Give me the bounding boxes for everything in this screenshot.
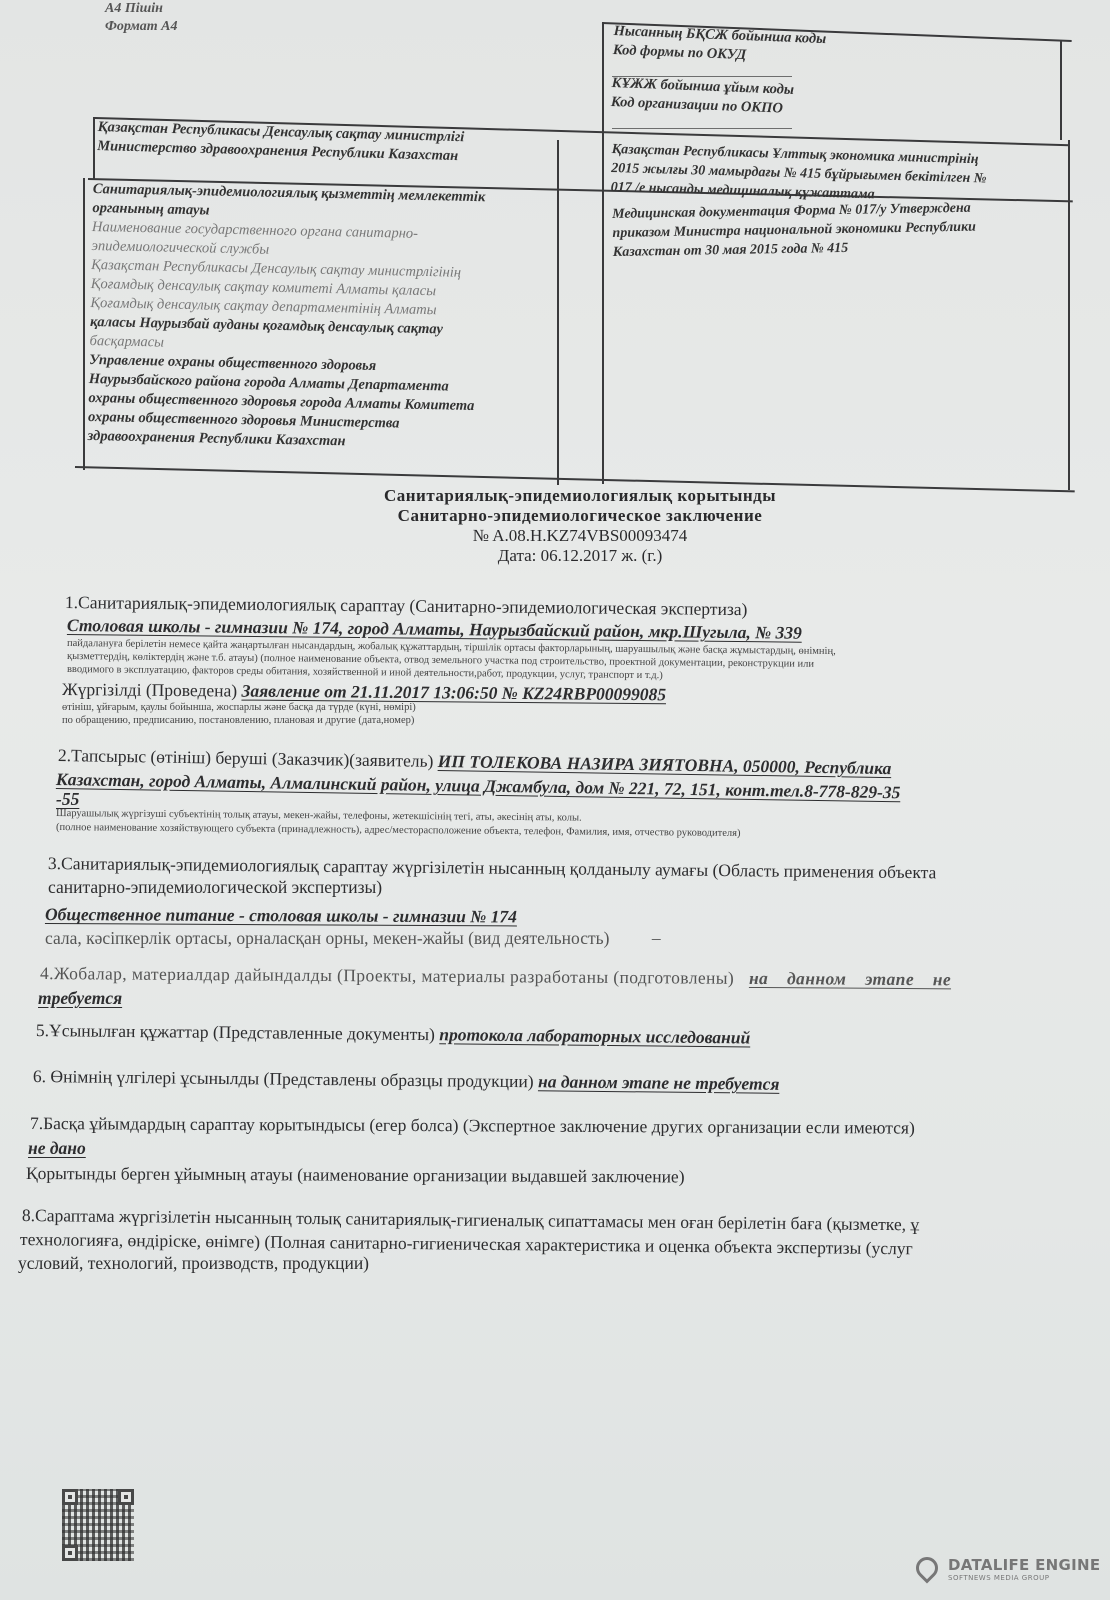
watermark-name: DATALIFE ENGINE: [948, 1556, 1100, 1574]
conclusion-number: № A.08.H.KZ74VBS00093474: [0, 526, 1110, 546]
section-6-row: 6. Өнімнің үлгілері ұсынылды (Представле…: [33, 1065, 780, 1095]
section-3-label: санитарно-эпидемиологической экспертизы): [48, 876, 382, 898]
title-ru: Санитарно-эпидемиологическое заключение: [0, 506, 1110, 526]
section-3-dash: –: [652, 928, 661, 948]
section-6-value: на данном этапе не требуется: [538, 1071, 780, 1094]
section-7-value: не дано: [28, 1137, 86, 1159]
section-8-label: условий, технологий, производств, продук…: [18, 1252, 369, 1274]
order-ru-cell: Медицинская документация Форма № 017/у У…: [612, 199, 976, 262]
section-3-hint-row: сала, кәсіпкерлік ортасы, орналасқан орн…: [45, 927, 661, 949]
okud-okpo-cell: Нысанның БҚСЖ бойынша коды Код формы по …: [611, 22, 827, 120]
section-2-value: ИП ТОЛЕКОВА НАЗИРА ЗИЯТОВНА, 050000, Рес…: [438, 751, 892, 778]
conducted-hint: өтініш, ұйғарым, қаулы бойынша, жоспарлы…: [62, 701, 416, 714]
conducted-label: Жүргізілді (Проведена): [62, 679, 237, 701]
section-4-row: 4.Жобалар, материалдар дайындалды (Проек…: [40, 962, 951, 990]
order-kz-cell: Қазақстан Республикасы Ұлттық экономика …: [610, 140, 987, 207]
title-kz: Санитариялық-эпидемиологиялық корытынды: [0, 486, 1110, 506]
format-label-kz: А4 Пішін: [105, 0, 178, 18]
section-2-label: 2.Тапсырыс (өтініш) беруші (Заказчик)(за…: [58, 745, 434, 771]
section-7-org-label: Қорытынды берген ұйымның атауы (наименов…: [26, 1162, 685, 1187]
datalife-logo-icon: [911, 1552, 942, 1583]
section-5-value: протокола лабораторных исследований: [439, 1024, 750, 1047]
qr-code-icon: [62, 1489, 134, 1561]
format-label-ru: Формат А4: [105, 18, 178, 36]
section-4-label: 4.Жобалар, материалдар дайындалды (Проек…: [40, 963, 734, 988]
section-3-hint: сала, кәсіпкерлік ортасы, орналасқан орн…: [45, 928, 609, 948]
section-4-value: требуется: [38, 987, 122, 1009]
section-7-label: 7.Басқа ұйымдардың сараптау корытындысы …: [30, 1112, 915, 1139]
section-4-value: на данном этапе не: [749, 968, 951, 989]
section-5-label: 5.Ұсынылған құжаттар (Представленные док…: [36, 1020, 435, 1044]
watermark: DATALIFE ENGINE SOFTNEWS MEDIA GROUP: [918, 1556, 1100, 1582]
conducted-hint: по обращению, предписанию, постановлению…: [62, 714, 414, 727]
watermark-sub: SOFTNEWS MEDIA GROUP: [948, 1574, 1100, 1582]
section-2-hint: (полное наименование хозяйствующего субъ…: [56, 821, 741, 840]
section-6-label: 6. Өнімнің үлгілері ұсынылды (Представле…: [33, 1066, 534, 1091]
section-3-value: Общественное питание - столовая школы - …: [45, 903, 517, 927]
section-5-row: 5.Ұсынылған құжаттар (Представленные док…: [36, 1019, 751, 1048]
sanitary-organ-cell: Санитариялық-эпидемиологиялық қызметтің …: [87, 180, 485, 454]
conclusion-date: Дата: 06.12.2017 ж. (г.): [0, 546, 1110, 566]
format-label: А4 Пішін Формат А4: [105, 0, 178, 36]
document-title: Санитариялық-эпидемиологиялық корытынды …: [0, 486, 1110, 566]
